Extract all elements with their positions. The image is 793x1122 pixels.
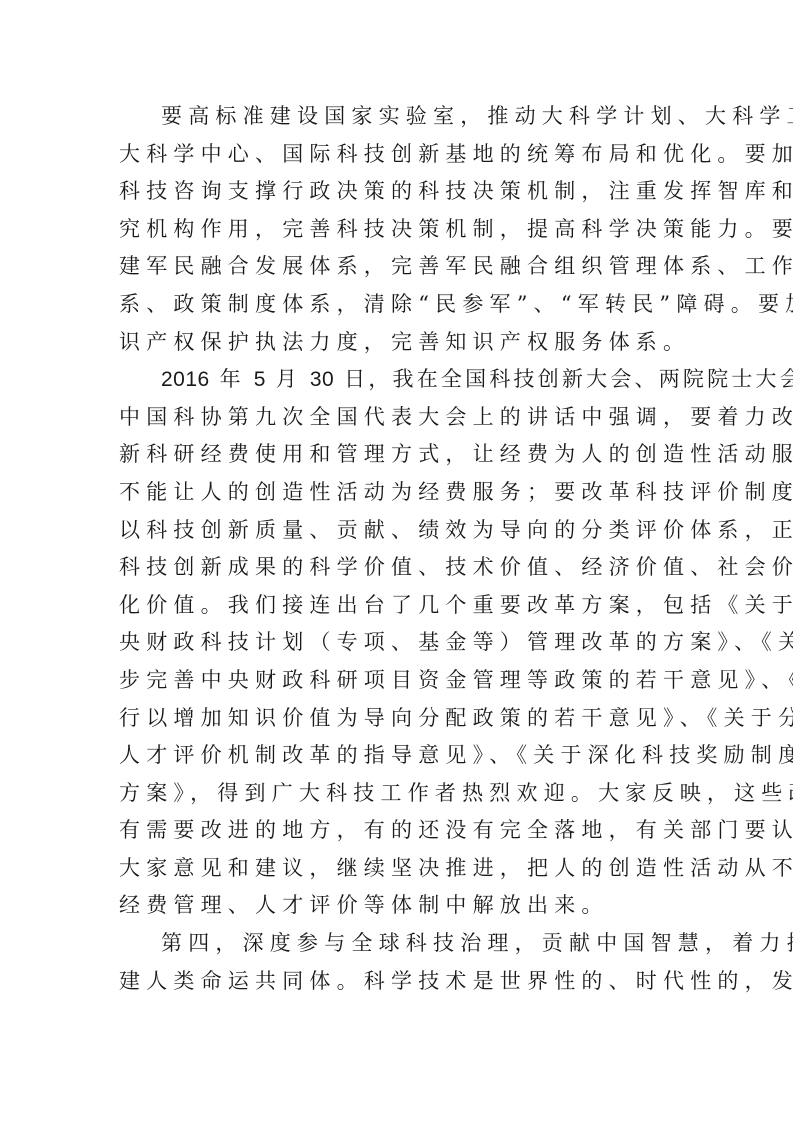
text-line: 央财政科技计划（专项、基金等）管理改革的方案》、《关于进一 — [119, 624, 679, 662]
date-day: 30 — [310, 368, 334, 391]
text-line: 大科学中心、国际科技创新基地的统筹布局和优化。要加快建立 — [119, 136, 679, 174]
paragraph-fourth-point: 第四，深度参与全球科技治理，贡献中国智慧，着力推动构 建人类命运共同体。科学技术… — [119, 925, 679, 1000]
text-line-date: 2016 年 5 月 30 日，我在全国科技创新大会、两院院士大会、 — [119, 361, 679, 399]
text-line: 方案》，得到广大科技工作者热烈欢迎。大家反映，这些改革还 — [119, 775, 679, 813]
text-line: 建人类命运共同体。科学技术是世界性的、时代性的，发展科学 — [119, 963, 679, 1001]
text-line: 究机构作用，完善科技决策机制，提高科学决策能力。要加快构 — [119, 211, 679, 249]
text-line: 不能让人的创造性活动为经费服务；要改革科技评价制度，建立 — [119, 474, 679, 512]
text-line: 大家意见和建议，继续坚决推进，把人的创造性活动从不合理的 — [119, 850, 679, 888]
text-line: 新科研经费使用和管理方式，让经费为人的创造性活动服务，而 — [119, 436, 679, 474]
text-line: 以科技创新质量、贡献、绩效为导向的分类评价体系，正确评价 — [119, 512, 679, 550]
text-line: 中国科协第九次全国代表大会上的讲话中强调，要着力改革和创 — [119, 399, 679, 437]
text-line: 建军民融合发展体系，完善军民融合组织管理体系、工作运行体 — [119, 248, 679, 286]
text-line: 步完善中央财政科研项目资金管理等政策的若干意见》、《关于实 — [119, 662, 679, 700]
date-day-unit: 日 — [344, 367, 368, 391]
paragraph-national-labs: 要高标准建设国家实验室，推动大科学计划、大科学工程、 大科学中心、国际科技创新基… — [119, 98, 679, 361]
text-line: 科技咨询支撑行政决策的科技决策机制，注重发挥智库和专业研 — [119, 173, 679, 211]
text-line: 系、政策制度体系，清除“民参军”、“军转民”障碍。要加大知 — [119, 286, 679, 324]
paragraph-2016-speech: 2016 年 5 月 30 日，我在全国科技创新大会、两院院士大会、 中国科协第… — [119, 361, 679, 925]
document-page: 要高标准建设国家实验室，推动大科学计划、大科学工程、 大科学中心、国际科技创新基… — [119, 98, 679, 1000]
text-line: 有需要改进的地方，有的还没有完全落地，有关部门要认真听取 — [119, 812, 679, 850]
text-line: 科技创新成果的科学价值、技术价值、经济价值、社会价值、文 — [119, 549, 679, 587]
first-line-rest: ，我在全国科技创新大会、两院院士大会、 — [368, 367, 793, 391]
date-month: 5 — [254, 368, 266, 391]
text-line: 行以增加知识价值为导向分配政策的若干意见》、《关于分类推进 — [119, 700, 679, 738]
text-line: 要高标准建设国家实验室，推动大科学计划、大科学工程、 — [119, 98, 679, 136]
text-line: 化价值。我们接连出台了几个重要改革方案，包括《关于深化中 — [119, 587, 679, 625]
text-line: 人才评价机制改革的指导意见》、《关于深化科技奖励制度改革的 — [119, 737, 679, 775]
text-line: 识产权保护执法力度，完善知识产权服务体系。 — [119, 324, 679, 362]
date-year-unit: 年 — [220, 367, 244, 391]
text-line: 第四，深度参与全球科技治理，贡献中国智慧，着力推动构 — [119, 925, 679, 963]
date-year: 2016 — [161, 368, 210, 391]
date-month-unit: 月 — [276, 367, 300, 391]
text-line: 经费管理、人才评价等体制中解放出来。 — [119, 887, 679, 925]
